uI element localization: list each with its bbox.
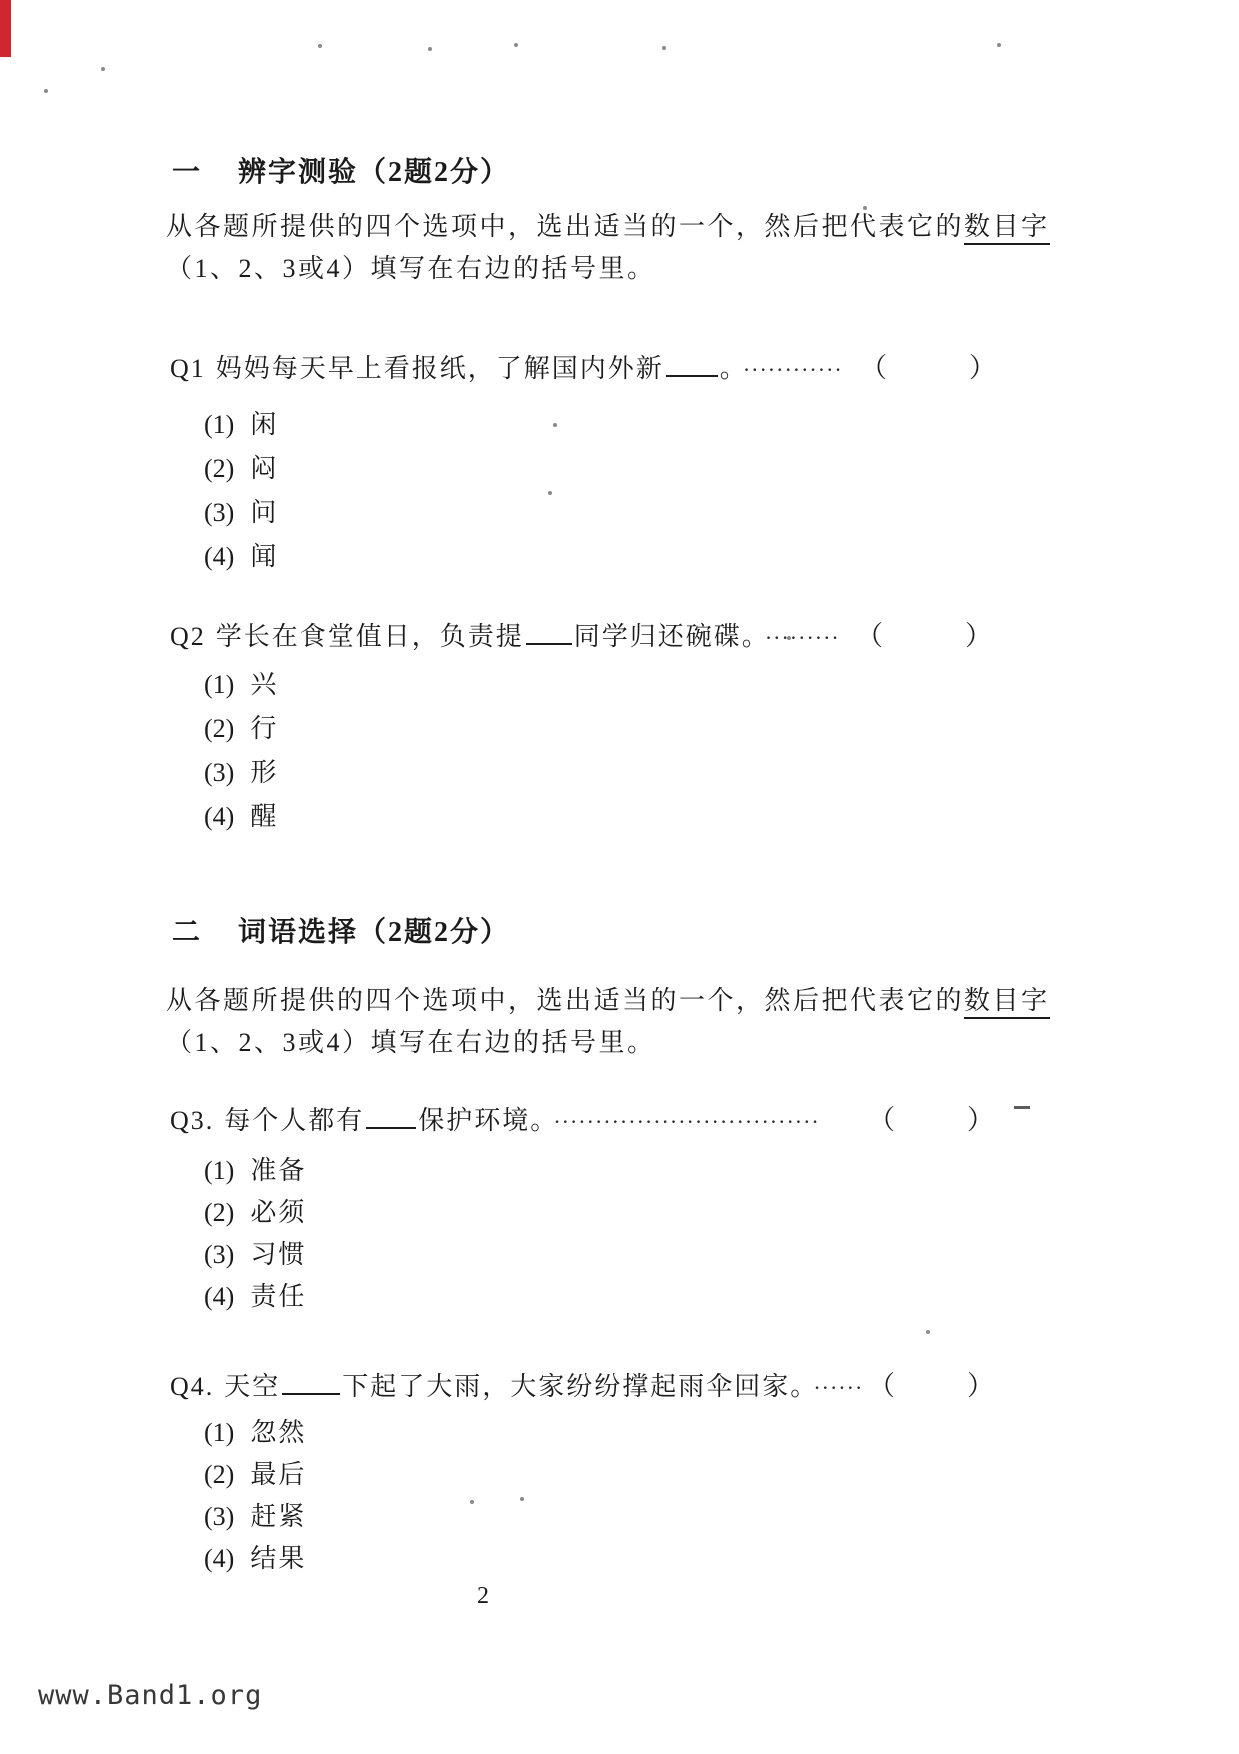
scan-noise-dot: [662, 46, 666, 50]
option-text: 闷: [250, 454, 278, 483]
answer-blank: [666, 351, 718, 377]
bracket-close: ）: [969, 353, 998, 383]
option-text: 形: [250, 758, 278, 787]
question-label: Q4.: [170, 1372, 214, 1401]
option-text: 责任: [250, 1282, 306, 1311]
scan-noise-dot: [548, 491, 552, 495]
section-numeral: 二: [172, 917, 202, 948]
bracket-open: （: [856, 621, 885, 651]
option-row: (2)闷: [204, 448, 278, 485]
site-watermark: www.Band1.org: [38, 1680, 262, 1711]
answer-brackets: （）: [868, 1098, 996, 1137]
option-text: 准备: [250, 1156, 306, 1185]
underlined-term: 数目字: [964, 986, 1050, 1019]
answer-blank: [526, 619, 572, 645]
underlined-term: 数目字: [964, 212, 1050, 245]
section-title: 词语选择（2题2分）: [238, 917, 510, 948]
question-text: 妈妈每天早上看报纸，了解国内外新: [216, 354, 664, 383]
option-row: (3)问: [204, 492, 278, 529]
question-label: Q3.: [170, 1106, 214, 1135]
option-row: (3)形: [204, 752, 278, 789]
question-label: Q1: [170, 354, 206, 383]
scan-noise-dot: [44, 89, 48, 93]
option-text: 闻: [250, 542, 278, 571]
option-row: (2)必须: [204, 1192, 306, 1229]
option-text: 兴: [250, 670, 278, 699]
question-text-post: 。: [720, 354, 735, 383]
option-text: 习惯: [250, 1240, 306, 1269]
option-row: (4)醒: [204, 796, 278, 833]
option-number: (4): [204, 542, 234, 571]
option-row: (4)闻: [204, 536, 278, 573]
dotted-leader: ······: [813, 1375, 863, 1400]
question-text-post: 下起了大雨，大家纷纷撑起雨伞回家。: [342, 1372, 805, 1401]
bracket-open: （: [868, 1371, 897, 1401]
scan-noise-dot: [553, 423, 557, 427]
option-number: (3): [204, 1502, 234, 1531]
answer-blank: [366, 1103, 416, 1129]
section-numeral: 一: [172, 157, 202, 188]
question-q4: Q4.天空下起了大雨，大家纷纷撑起雨伞回家。······ （）: [170, 1366, 1170, 1403]
option-row: (1)闲: [204, 404, 278, 441]
scan-noise-dot: [318, 44, 322, 48]
option-number: (3): [204, 758, 234, 787]
dotted-leader: ············: [743, 357, 843, 382]
option-row: (4)结果: [204, 1538, 306, 1575]
option-row: (1)兴: [204, 664, 278, 701]
bracket-close: ）: [967, 1105, 996, 1135]
option-number: (1): [204, 410, 234, 439]
section-title: 辨字测验（2题2分）: [238, 157, 510, 188]
option-number: (2): [204, 714, 234, 743]
section-1-header: 一辨字测验（2题2分）: [172, 150, 510, 190]
option-text: 必须: [250, 1198, 306, 1227]
option-text: 忽然: [250, 1418, 306, 1447]
question-q1: Q1妈妈每天早上看报纸，了解国内外新。············ （）: [170, 348, 1170, 385]
option-row: (1)准备: [204, 1150, 306, 1187]
scan-noise-dot: [514, 43, 518, 47]
option-number: (4): [204, 802, 234, 831]
scan-noise-dot: [101, 67, 105, 71]
option-row: (1)忽然: [204, 1412, 306, 1449]
question-text-post: 同学归还碗碟。: [574, 622, 757, 651]
scan-noise-dot: [997, 43, 1001, 47]
question-text-post: 保护环境。: [418, 1106, 545, 1135]
answer-brackets: （）: [860, 346, 998, 385]
option-text: 最后: [250, 1460, 306, 1489]
question-label: Q2: [170, 622, 206, 651]
question-q2: Q2学长在食堂值日，负责提同学归还碗碟。········· （）: [170, 616, 1170, 653]
question-text: 学长在食堂值日，负责提: [216, 622, 524, 651]
question-text: 天空: [224, 1372, 280, 1401]
option-row: (3)习惯: [204, 1234, 306, 1271]
option-row: (2)最后: [204, 1454, 306, 1491]
scan-noise-dot: [428, 47, 432, 51]
section-2-instructions-line2: （1、2、3或4）填写在右边的括号里。: [166, 1022, 656, 1059]
option-number: (1): [204, 1418, 234, 1447]
option-text: 结果: [250, 1544, 306, 1573]
instruction-text: 从各题所提供的四个选项中，选出适当的一个，然后把代表它的: [166, 212, 964, 241]
dotted-leader: ·········: [765, 625, 840, 650]
bracket-close: ）: [967, 1371, 996, 1401]
scan-noise-dot: [926, 1330, 930, 1334]
scan-noise-dot: [470, 1500, 474, 1504]
option-text: 醒: [250, 802, 278, 831]
question-q3: Q3.每个人都有保护环境。···························…: [170, 1100, 1170, 1137]
answer-blank: [282, 1369, 340, 1395]
bracket-open: （: [868, 1105, 897, 1135]
scan-noise-dot: [520, 1497, 524, 1501]
option-number: (2): [204, 1198, 234, 1227]
option-number: (1): [204, 670, 234, 699]
option-number: (2): [204, 454, 234, 483]
option-text: 行: [250, 714, 278, 743]
option-number: (4): [204, 1544, 234, 1573]
section-2-instructions-line1: 从各题所提供的四个选项中，选出适当的一个，然后把代表它的数目字: [166, 980, 1050, 1017]
answer-brackets: （）: [856, 614, 994, 653]
section-1-instructions-line1: 从各题所提供的四个选项中，选出适当的一个，然后把代表它的数目字: [166, 206, 1050, 243]
option-row: (2)行: [204, 708, 278, 745]
bracket-open: （: [860, 353, 889, 383]
bracket-close: ）: [965, 621, 994, 651]
option-row: (4)责任: [204, 1276, 306, 1313]
red-edge-mark: [0, 0, 11, 57]
option-text: 问: [250, 498, 278, 527]
instruction-text: 从各题所提供的四个选项中，选出适当的一个，然后把代表它的: [166, 986, 964, 1015]
option-number: (3): [204, 1240, 234, 1269]
option-text: 赶紧: [250, 1502, 306, 1531]
page-number: 2: [477, 1583, 489, 1610]
question-text: 每个人都有: [224, 1106, 364, 1135]
dotted-leader: ································: [553, 1109, 819, 1134]
section-1-instructions-line2: （1、2、3或4）填写在右边的括号里。: [166, 248, 656, 285]
option-number: (4): [204, 1282, 234, 1311]
answer-brackets: （）: [868, 1364, 996, 1403]
section-2-header: 二词语选择（2题2分）: [172, 910, 510, 950]
option-number: (3): [204, 498, 234, 527]
option-row: (3)赶紧: [204, 1496, 306, 1533]
option-number: (1): [204, 1156, 234, 1185]
option-text: 闲: [250, 410, 278, 439]
option-number: (2): [204, 1460, 234, 1489]
